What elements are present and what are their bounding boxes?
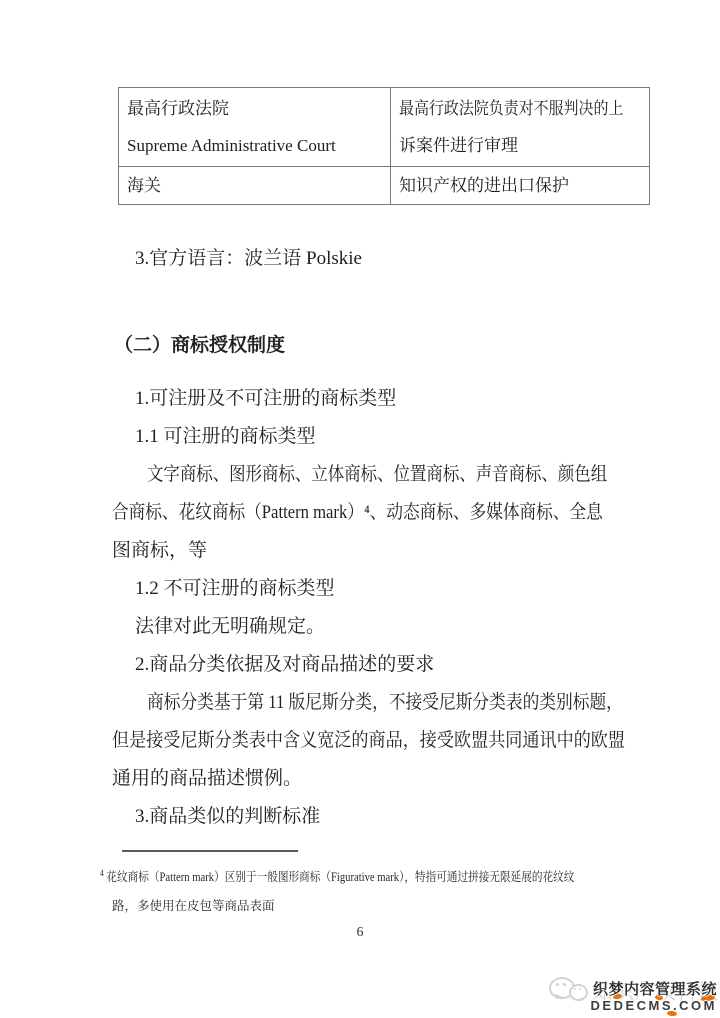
body-line: 合商标、花纹商标（Pattern mark）⁴、动态商标、多媒体商标、全息 — [112, 494, 608, 532]
document-page: 最高行政法院 Supreme Administrative Court 最高行政… — [0, 0, 720, 1018]
official-language-line: 3.官方语言：波兰语 Polskie — [112, 240, 608, 278]
body-line: 法律对此无明确规定。 — [112, 608, 608, 646]
body-line: 通用的商品描述惯例。 — [112, 760, 608, 798]
body-line: 3.商品类似的判断标准 — [112, 798, 608, 836]
footnote-separator — [122, 850, 298, 852]
page-number: 6 — [112, 923, 608, 943]
dedecms-watermark: 织梦内容管理系统 DEDECMS.COM — [591, 981, 717, 1014]
authority-name-en: Supreme Administrative Court — [127, 127, 382, 164]
body-line: 文字商标、图形商标、立体商标、位置商标、声音商标、颜色组 — [112, 456, 608, 494]
table-row: 最高行政法院 Supreme Administrative Court 最高行政… — [119, 88, 650, 167]
wechat-icon — [548, 974, 588, 1008]
dedecms-domain: DEDECMS.COM — [591, 998, 717, 1014]
body-line: 1.1 可注册的商标类型 — [112, 418, 608, 456]
authority-name-cn: 最高行政法院 — [127, 90, 382, 127]
authority-duty-line1: 最高行政法院负责对不服判决的上 — [399, 90, 641, 127]
authority-duty-line1: 知识产权的进出口保护 — [399, 169, 641, 202]
footnote-marker: 4 — [100, 868, 104, 878]
authority-cell: 海关 — [119, 167, 391, 205]
footnote-line: 4花纹商标（Pattern mark）区别于一般图形商标（Figurative … — [100, 859, 608, 892]
body-line: 商标分类基于第 11 版尼斯分类，不接受尼斯分类表的类别标题， — [112, 684, 608, 722]
authority-duty-line2: 诉案件进行审理 — [399, 127, 641, 164]
body-line: 1.可注册及不可注册的商标类型 — [112, 380, 608, 418]
footnote-line: 路，多使用在皮包等商品表面 — [112, 892, 608, 921]
authority-cell: 最高行政法院 Supreme Administrative Court — [119, 88, 391, 167]
authority-duty-cell: 最高行政法院负责对不服判决的上 诉案件进行审理 — [391, 88, 650, 167]
authority-name-cn: 海关 — [127, 169, 382, 202]
body-line: 2.商品分类依据及对商品描述的要求 — [112, 646, 608, 684]
body-line: 但是接受尼斯分类表中含义宽泛的商品，接受欧盟共同通讯中的欧盟 — [112, 722, 608, 760]
document-body: 3.官方语言：波兰语 Polskie （二）商标授权制度 1.可注册及不可注册的… — [112, 240, 608, 943]
table-row: 海关 知识产权的进出口保护 — [119, 167, 650, 205]
body-line: 1.2 不可注册的商标类型 — [112, 570, 608, 608]
body-line: 图商标，等 — [112, 532, 608, 570]
authority-table: 最高行政法院 Supreme Administrative Court 最高行政… — [118, 87, 650, 205]
authority-duty-cell: 知识产权的进出口保护 — [391, 167, 650, 205]
dedecms-title: 织梦内容管理系统 — [591, 981, 717, 998]
section-heading: （二）商标授权制度 — [112, 327, 608, 365]
